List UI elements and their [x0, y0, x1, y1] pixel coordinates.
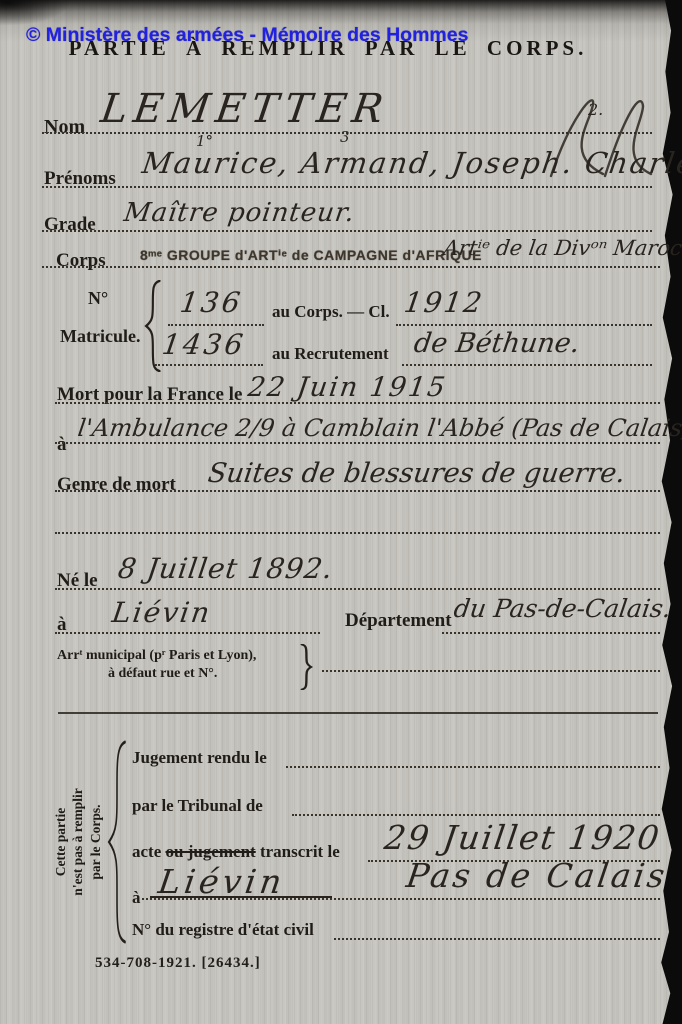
nom-value: LEMETTER [98, 86, 392, 132]
print-reference: 534-708-1921. [26434.] [95, 955, 261, 972]
prenoms-annotation-2: 3 [340, 128, 350, 146]
lieu-naissance-value: Liévin [110, 596, 214, 629]
genre-mort-label: Genre de mort [57, 474, 176, 496]
dotted-line-corps [42, 266, 660, 268]
dotted-line-jugement-rendu [286, 766, 660, 768]
transcrit-suffix: transcrit le [260, 842, 340, 861]
prenoms-annotation-1: 1° [196, 132, 213, 150]
dotted-line-arrondissement [322, 670, 660, 672]
dotted-line-classe [396, 324, 652, 326]
matricule-corps-number: 136 [178, 286, 245, 319]
mort-date-value: 22 Juin 1915 [246, 372, 449, 403]
dotted-line-matricule-corps [168, 324, 264, 326]
jugement-departement-value: Pas de Calais [404, 856, 670, 895]
prenoms-value: Maurice, Armand, Joseph. Charles [140, 146, 682, 180]
transcrit-struck-text: ou jugement [166, 842, 256, 861]
form-title: PARTIE À REMPLIR PAR LE CORPS. [0, 36, 656, 61]
marginal-note-line2: n'est pas à remplir [70, 788, 85, 895]
matricule-label-matricule: Matricule. [60, 326, 140, 347]
marginal-note-line3: par le Corps. [88, 804, 103, 879]
jugement-rendu-label: Jugement rendu le [132, 748, 267, 768]
nom-label: Nom [44, 116, 85, 139]
departement-value: du Pas-de-Calais. [452, 594, 673, 623]
dotted-line-lieu-mort [55, 442, 660, 444]
dotted-line-naissance [55, 588, 660, 590]
scanned-death-record: © Ministère des armées - Mémoire des Hom… [0, 0, 682, 1024]
dotted-line-matricule-recrutement [155, 364, 263, 366]
genre-mort-value: Suites de blessures de guerre. [206, 458, 627, 489]
corps-handwritten-value: Artⁱᵉ de la Divᵒⁿ Marocaine [442, 236, 682, 260]
dotted-line-registre [334, 938, 660, 940]
scan-corner-smudge [0, 0, 70, 26]
lieu-mort-label: à [57, 434, 67, 456]
dotted-line-recrutement [402, 364, 652, 366]
matricule-label-no: N° [88, 288, 108, 309]
lieu-underline [150, 896, 332, 898]
dotted-line-jugement-lieu [142, 898, 660, 900]
transcrit-label: acte ou jugement transcrit le [132, 842, 340, 862]
au-corps-label: au Corps. — Cl. [272, 302, 390, 322]
nom-annotation: 2. [588, 100, 603, 119]
registre-label: N° du registre d'état civil [132, 920, 314, 940]
corps-stamp-value: 8ᵐᵉ GROUPE d'ARTⁱᵉ de CAMPAGNE d'AFRIQUE [140, 247, 482, 264]
departement-label: Département [345, 610, 452, 632]
dotted-line-grade [42, 230, 652, 232]
dotted-line-prenoms [42, 186, 652, 188]
matricule-brace [142, 280, 162, 372]
lieu-recrutement-value: de Béthune. [412, 328, 582, 359]
au-recrutement-label: au Recrutement [272, 344, 389, 364]
jugement-lieu-label: à [132, 888, 141, 908]
arrondissement-brace [300, 644, 314, 690]
transcrit-date-value: 29 Juillet 1920 [382, 818, 663, 857]
dotted-line-tribunal [292, 814, 660, 816]
transcrit-prefix: acte [132, 842, 161, 861]
dotted-line-departement [442, 632, 660, 634]
corps-label: Corps [56, 250, 106, 272]
grade-label: Grade [44, 214, 96, 236]
dotted-line-blank [55, 532, 660, 534]
arrondissement-label-1: Arrᵗ municipal (pʳ Paris et Lyon), [57, 648, 256, 664]
marginal-note: Cette partie n'est pas à remplir par le … [52, 747, 102, 937]
jugement-brace [104, 740, 128, 944]
tribunal-label: par le Tribunal de [132, 796, 263, 816]
dotted-line-genre-mort [55, 490, 660, 492]
naissance-date-value: 8 Juillet 1892. [116, 552, 335, 585]
section-separator-line [58, 712, 658, 714]
lieu-mort-value: l'Ambulance 2/9 à Camblain l'Abbé (Pas d… [76, 414, 682, 442]
marginal-note-line1: Cette partie [53, 808, 68, 877]
dotted-line-mort [55, 402, 660, 404]
dotted-line-lieu-naissance [55, 632, 320, 634]
grade-value: Maître pointeur. [122, 198, 357, 228]
arrondissement-label-2: à défaut rue et N°. [108, 666, 217, 682]
matricule-recrutement-number: 1436 [160, 328, 248, 361]
classe-value: 1912 [402, 286, 486, 319]
